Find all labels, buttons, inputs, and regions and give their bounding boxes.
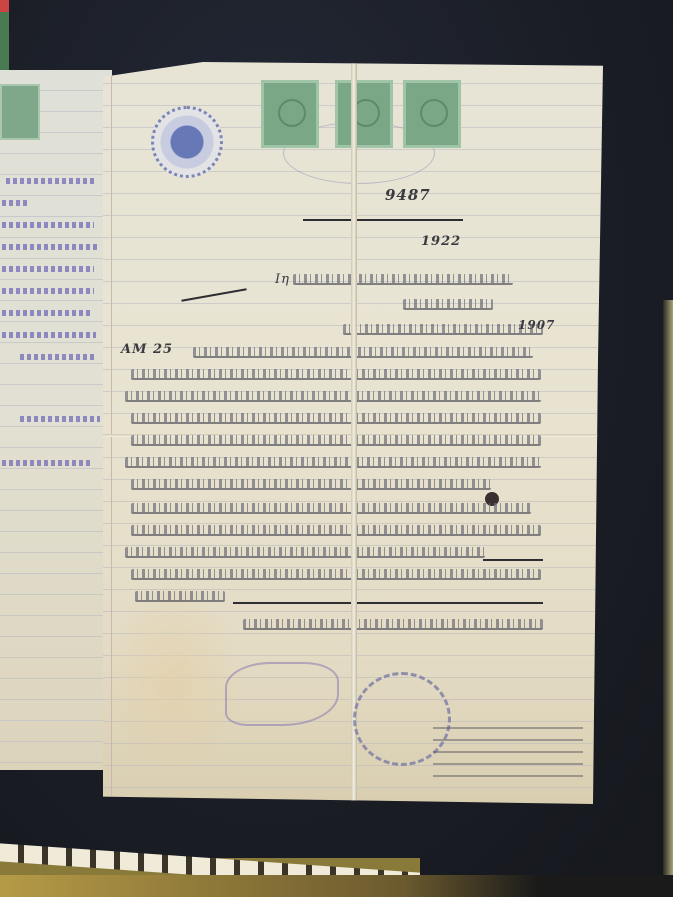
handwriting-line (125, 457, 541, 468)
handwriting-line (20, 354, 94, 360)
document-year: 1922 (421, 234, 461, 249)
revenue-stamp-icon (403, 80, 461, 148)
underline (483, 559, 543, 561)
water-stain (103, 582, 243, 782)
handwriting-line (343, 324, 543, 335)
handwriting-line (131, 525, 541, 536)
handwriting-line (2, 244, 98, 250)
handwriting-line (2, 200, 30, 206)
handwriting-line (131, 569, 541, 580)
handwriting-line (293, 274, 513, 285)
handwriting-line (135, 591, 225, 602)
handwriting-line (131, 435, 541, 446)
record-number: ΑΜ 25 (121, 342, 173, 357)
edge-object (0, 0, 9, 70)
edge-object (663, 300, 673, 897)
handwriting-line (403, 299, 493, 310)
handwriting-line (2, 288, 94, 294)
reference-number: 9487 (385, 186, 431, 204)
fold-crease (351, 62, 357, 804)
revenue-stamp-icon (0, 84, 40, 140)
handwriting-line (2, 222, 94, 228)
underline (303, 219, 463, 221)
handwriting-line (6, 178, 96, 184)
handwriting-line (131, 479, 491, 490)
table-surface (0, 875, 673, 897)
handwriting-line (2, 310, 92, 316)
revenue-stamp-icon (335, 80, 393, 148)
handwriting-line (193, 347, 533, 358)
handwriting-line (131, 503, 531, 514)
document-page: 9487 1922 Ιη 1907 ΑΜ 25 (103, 62, 603, 804)
handwriting-line (2, 332, 96, 338)
handwriting-line (2, 266, 94, 272)
handwriting-line (2, 460, 92, 466)
left-page (0, 70, 112, 770)
underline (233, 602, 543, 604)
handwriting-line (243, 619, 543, 630)
official-seal-icon (151, 106, 223, 178)
purple-signature (225, 662, 339, 726)
signature-block (433, 717, 583, 787)
handwriting-line (125, 547, 485, 558)
heading-text: Ιη (275, 272, 290, 287)
handwriting-line (125, 391, 541, 402)
revenue-stamp-icon (261, 80, 319, 148)
date-year: 1907 (518, 318, 555, 332)
handwriting-line (20, 416, 100, 422)
handwriting-line (131, 413, 541, 424)
handwriting-line (131, 369, 541, 380)
